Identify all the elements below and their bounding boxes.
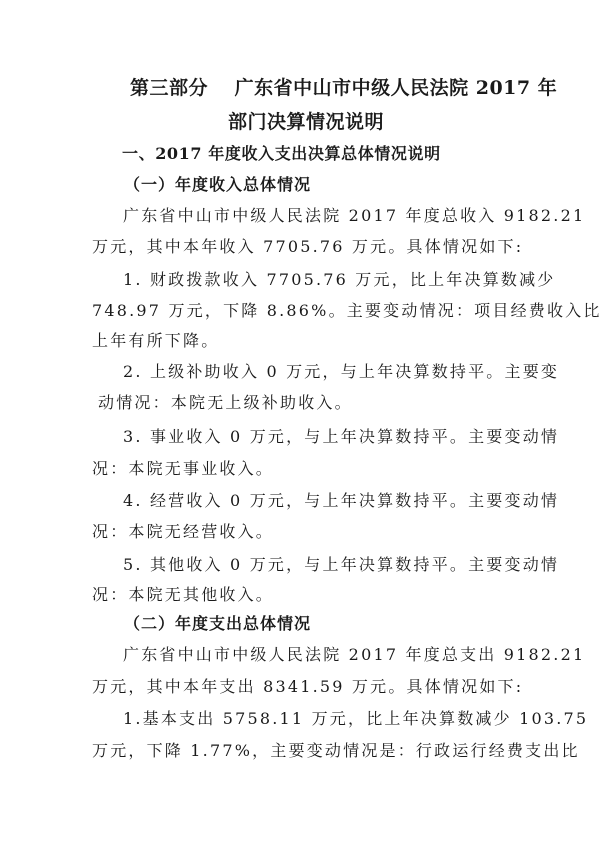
expense-summary-line1: 广东省中山市中级人民法院 2017 年度总支出 9182.21 — [123, 645, 585, 665]
income-item3-line1: 3. 事业收入 0 万元，与上年决算数持平。主要变动情 — [123, 427, 559, 447]
income-item2-line1: 2. 上级补助收入 0 万元，与上年决算数持平。主要变 — [123, 362, 559, 382]
expense-item1-line2: 万元，下降 1.77%，主要变动情况是：行政运行经费支出比 — [92, 741, 580, 761]
income-item5-line1: 5. 其他收入 0 万元，与上年决算数持平。主要变动情 — [123, 555, 559, 575]
income-summary-line1: 广东省中山市中级人民法院 2017 年度总收入 9182.21 — [123, 206, 585, 226]
income-item4-line1: 4. 经营收入 0 万元，与上年决算数持平。主要变动情 — [123, 491, 559, 511]
expense-summary-line2: 万元，其中本年支出 8341.59 万元。具体情况如下: — [92, 677, 523, 697]
income-item3-line2: 况：本院无事业收入。 — [92, 459, 274, 479]
income-item5-line2: 况：本院无其他收入。 — [92, 585, 274, 605]
income-item4-line2: 况：本院无经营收入。 — [92, 522, 274, 542]
income-item1-line2: 748.97 万元，下降 8.86%。主要变动情况：项目经费收入比 — [92, 301, 599, 321]
document-page: 第三部分 广东省中山市中级人民法院 2017 年 部门决算情况说明 一、2017… — [0, 0, 599, 846]
income-item2-line2: 动情况：本院无上级补助收入。 — [98, 393, 353, 413]
section1-heading: 一、2017 年度收入支出决算总体情况说明 — [122, 144, 441, 164]
income-subheading: （一）年度收入总体情况 — [124, 175, 311, 195]
income-item1-line3: 上年有所下降。 — [92, 331, 219, 351]
income-summary-line2: 万元，其中本年收入 7705.76 万元。具体情况如下: — [92, 237, 523, 257]
doc-title-line2: 部门决算情况说明 — [228, 112, 384, 132]
income-item1-line1: 1. 财政拨款收入 7705.76 万元，比上年决算数减少 — [123, 270, 556, 290]
expense-subheading: （二）年度支出总体情况 — [124, 614, 311, 634]
expense-item1-line1: 1.基本支出 5758.11 万元，比上年决算数减少 103.75 — [123, 709, 588, 729]
doc-title-line1: 第三部分 广东省中山市中级人民法院 2017 年 — [130, 78, 557, 98]
